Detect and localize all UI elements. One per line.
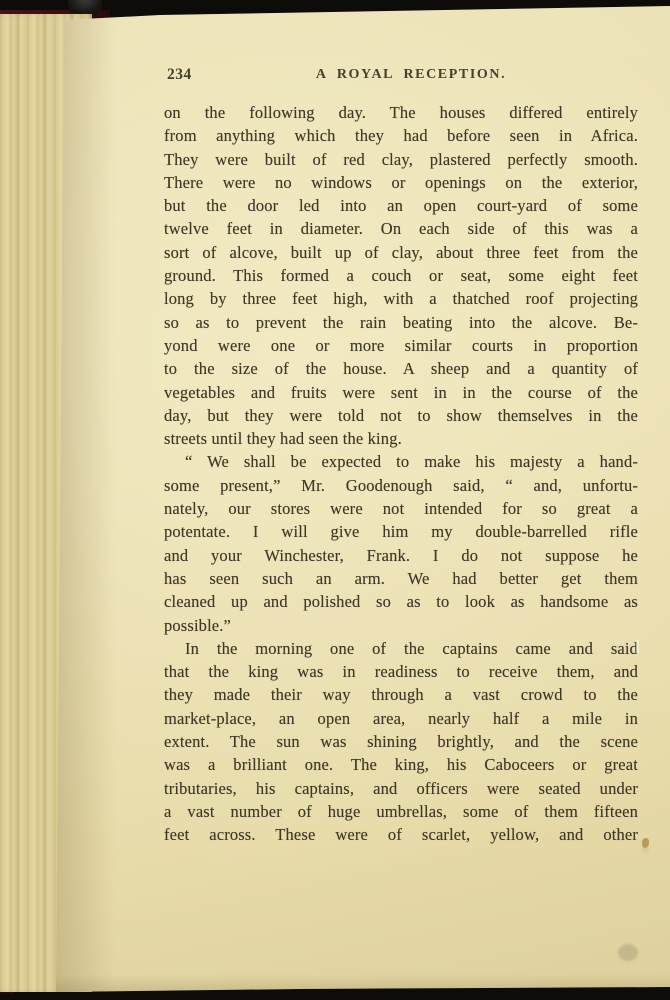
smudge-spot <box>618 944 638 961</box>
text-line: tributaries, his captains, and officers … <box>164 777 638 800</box>
text-line: twelve feet in diameter. On each side of… <box>164 217 638 240</box>
text-line: There were no windows or openings on the… <box>164 171 638 194</box>
text-line: long by three feet high, with a thatched… <box>164 287 638 310</box>
text-line: sort of alcove, built up of clay, about … <box>164 241 638 264</box>
text-line: was a brilliant one. The king, his Caboc… <box>164 753 638 776</box>
scan-light-tick <box>636 640 639 654</box>
text-line: on the following day. The houses differe… <box>164 101 638 124</box>
text-line: potentate. I will give him my double-bar… <box>164 520 638 543</box>
text-line: a vast number of huge umbrellas, some of… <box>164 800 638 823</box>
text-line: possible.” <box>164 614 638 637</box>
text-line: streets until they had seen the king. <box>164 427 638 450</box>
text-line: yond were one or more similar courts in … <box>164 334 638 357</box>
foxing-spot <box>642 838 649 848</box>
text-line: that the king was in readiness to receiv… <box>164 660 638 683</box>
text-line: In the morning one of the captains came … <box>164 637 638 660</box>
text-line: market-place, an open area, nearly half … <box>164 707 638 730</box>
text-line: but the door led into an open court-yard… <box>164 194 638 217</box>
text-line: vegetables and fruits were sent in in th… <box>164 381 638 404</box>
text-line: “ We shall be expected to make his majes… <box>164 450 638 473</box>
book-scan: 234 A ROYAL RECEPTION. on the following … <box>0 0 670 1000</box>
text-line: feet across. These were of scarlet, yell… <box>164 823 638 846</box>
page-header: 234 A ROYAL RECEPTION. <box>165 66 637 86</box>
text-line: and your Winchester, Frank. I do not sup… <box>164 544 638 567</box>
binding-shadow <box>68 0 102 14</box>
text-line: they made their way through a vast crowd… <box>164 683 638 706</box>
text-line: ground. This formed a couch or seat, som… <box>164 264 638 287</box>
text-line: day, but they were told not to show them… <box>164 404 638 427</box>
page-number: 234 <box>167 66 192 84</box>
text-line: extent. The sun was shining brightly, an… <box>164 730 638 753</box>
book-page: 234 A ROYAL RECEPTION. on the following … <box>0 0 670 1000</box>
page-body-text: on the following day. The houses differe… <box>164 101 638 847</box>
text-line: nately, our stores were not intended for… <box>164 497 638 520</box>
text-line: some present,” Mr. Goodenough said, “ an… <box>164 474 638 497</box>
text-line: cleaned up and polished so as to look as… <box>164 590 638 613</box>
text-line: has seen such an arm. We had better get … <box>164 567 638 590</box>
text-line: so as to prevent the rain beating into t… <box>164 311 638 334</box>
text-line: to the size of the house. A sheep and a … <box>164 357 638 380</box>
text-line: from anything which they had before seen… <box>164 124 638 147</box>
running-header: A ROYAL RECEPTION. <box>225 67 597 83</box>
text-line: They were built of red clay, plastered p… <box>164 148 638 171</box>
